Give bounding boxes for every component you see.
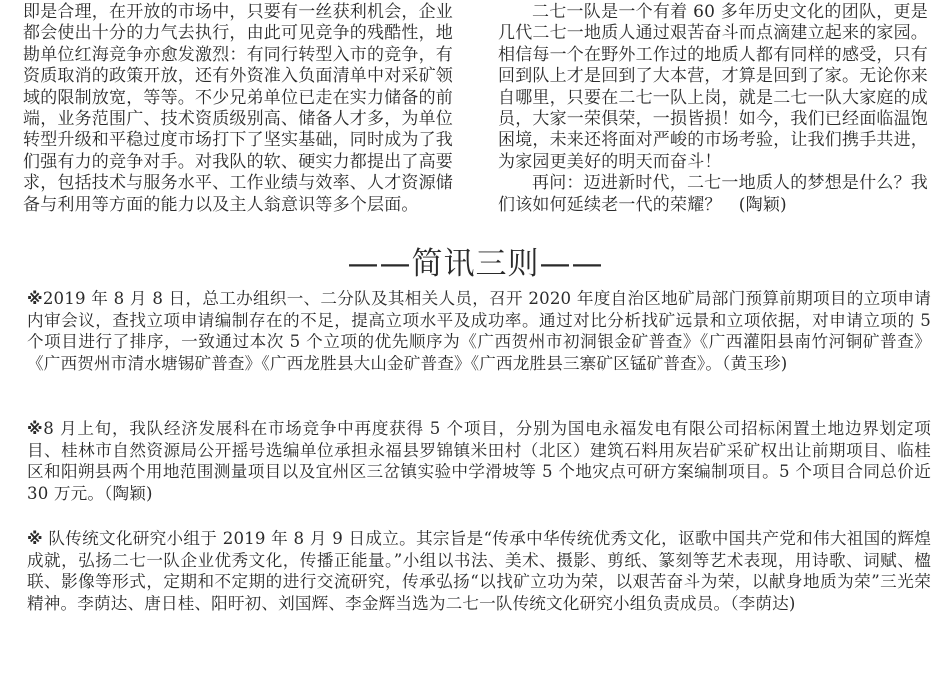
reference-mark-icon: ※ (27, 529, 43, 548)
brief-text: ※ 队传统文化研究小组于 2019 年 8 月 9 日成立。其宗旨是“传承中华传… (27, 528, 931, 614)
brief-item: ※ 队传统文化研究小组于 2019 年 8 月 9 日成立。其宗旨是“传承中华传… (27, 528, 931, 614)
briefs-section-title: ——简讯三则—— (0, 244, 951, 284)
article-left-column: 即是合理，在开放的市场中，只要有一丝获利机会，企业都会使出十分的力气去执行，由此… (23, 2, 453, 216)
brief-text: ※8 月上旬，我队经济发展科在市场竞争中再度获得 5 个项目，分别为国电永福发电… (27, 418, 931, 504)
reference-mark-icon: ※ (27, 289, 43, 308)
article-paragraph: 二七一队是一个有着 60 多年历史文化的团队，更是几代二七一地质人通过艰苦奋斗而… (498, 2, 928, 173)
article-paragraph: 即是合理，在开放的市场中，只要有一丝获利机会，企业都会使出十分的力气去执行，由此… (23, 2, 453, 216)
brief-body: 8 月上旬，我队经济发展科在市场竞争中再度获得 5 个项目，分别为国电永福发电有… (27, 419, 931, 503)
brief-body: 2019 年 8 月 8 日，总工办组织一、二分队及其相关人员，召开 2020 … (27, 289, 931, 373)
brief-item: ※2019 年 8 月 8 日，总工办组织一、二分队及其相关人员，召开 2020… (27, 288, 931, 374)
brief-text: ※2019 年 8 月 8 日，总工办组织一、二分队及其相关人员，召开 2020… (27, 288, 931, 374)
brief-item: ※8 月上旬，我队经济发展科在市场竞争中再度获得 5 个项目，分别为国电永福发电… (27, 418, 931, 504)
reference-mark-icon: ※ (27, 419, 43, 438)
article-right-column: 二七一队是一个有着 60 多年历史文化的团队，更是几代二七一地质人通过艰苦奋斗而… (498, 2, 928, 216)
article-closing-paragraph: 再问：迈进新时代，二七一地质人的梦想是什么？我们该如何延续老一代的荣耀？ (陶颖… (498, 173, 928, 216)
brief-body: 队传统文化研究小组于 2019 年 8 月 9 日成立。其宗旨是“传承中华传统优… (27, 529, 931, 613)
